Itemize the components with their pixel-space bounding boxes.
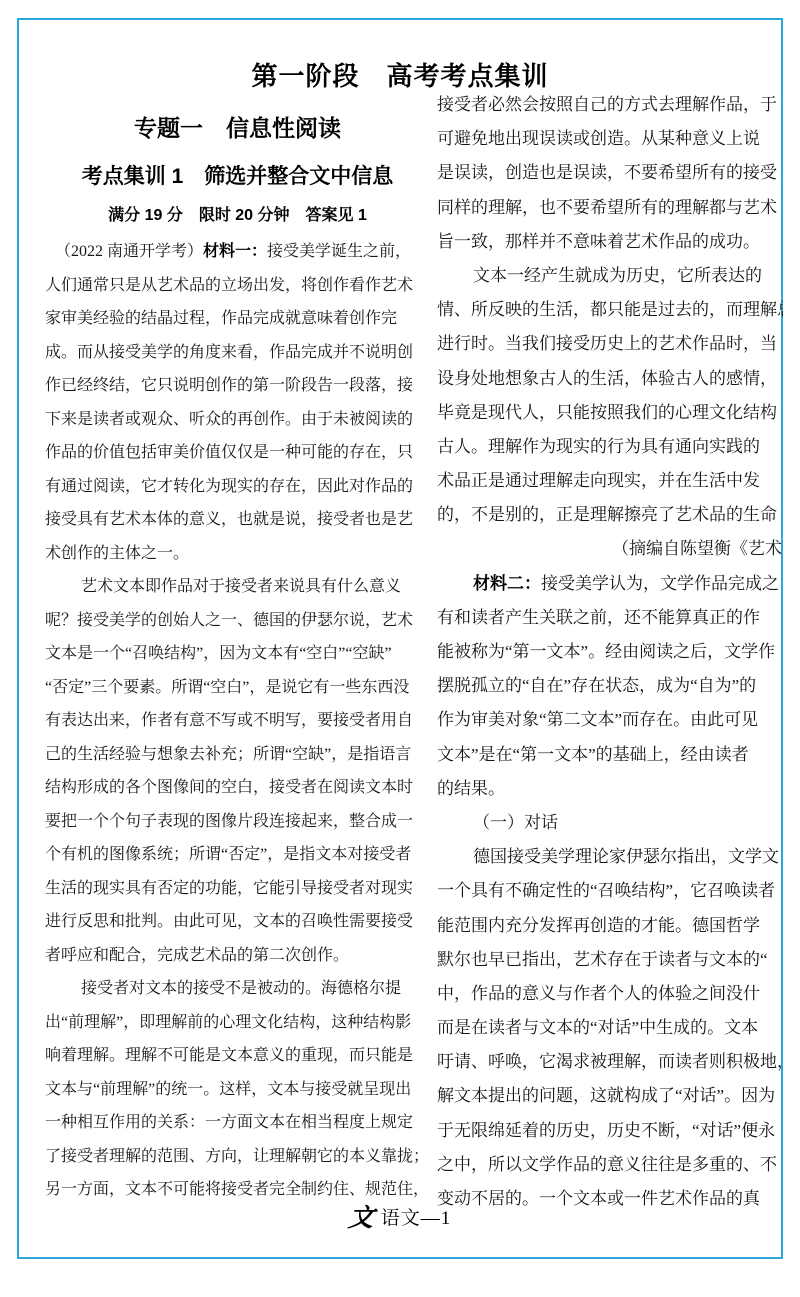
text-line: 文本一经产生就成为历史，它所表达的: [437, 259, 783, 293]
text-line: 同样的理解，也不要希望所有的理解都与艺术: [437, 191, 783, 225]
text-line: （一）对话: [437, 806, 783, 840]
text-line: 默尔也早已指出，艺术存在于读者与文本的“: [437, 943, 783, 977]
text-line: 有表达出来，作者有意不写或不明写，要接受者用自: [45, 704, 430, 738]
text-line: 术创作的主体之一。: [45, 537, 430, 571]
text-line: 出“前理解”，即理解前的心理文化结构，这种结构影: [45, 1006, 430, 1040]
text-line: 一个具有不确定性的“召唤结构”，它召唤读者: [437, 874, 783, 908]
topic-title: 专题一 信息性阅读: [45, 110, 430, 143]
text-line: 设身处地想象古人的生活，体验古人的感情，: [437, 362, 783, 396]
right-text-column: 接受者必然会按照自己的方式去理解作品，于可避免地出现误读或创造。从某种意义上说是…: [437, 88, 783, 1219]
text-line: 家审美经验的结晶过程，作品完成就意味着创作完: [45, 302, 430, 336]
text-line: 文本与“前理解”的统一。这样，文本与接受就呈现出: [45, 1073, 430, 1107]
text-line: 一种相互作用的关系：一方面文本在相当程度上规定: [45, 1106, 430, 1140]
text-line: 解文本提出的问题，这就构成了“对话”。因为: [437, 1079, 783, 1113]
text-line: 接受者必然会按照自己的方式去理解作品，于: [437, 88, 783, 122]
left-text-column: （2022 南通开学考）材料一：接受美学诞生之前，人们通常只是从艺术品的立场出发…: [45, 235, 430, 1210]
text-line: 德国接受美学理论家伊瑟尔指出，文学文: [437, 840, 783, 874]
text-line: 情、所反映的生活，都只能是过去的，而理解总: [437, 293, 783, 327]
text-line: 摆脱孤立的“自在”存在状态，成为“自为”的: [437, 669, 783, 703]
text-line: 接受具有艺术本体的意义，也就是说，接受者也是艺: [45, 503, 430, 537]
text-line: 于无限绵延着的历史，历史不断，“对话”便永: [437, 1114, 783, 1148]
text-line: 了接受者理解的范围、方向，让理解朝它的本义靠拢；: [45, 1140, 430, 1174]
text-line: 成。而从接受美学的角度来看，作品完成并不说明创: [45, 336, 430, 370]
text-line: 的结果。: [437, 772, 783, 806]
text-line: 材料二：接受美学认为，文学作品完成之: [437, 567, 783, 601]
text-line: （摘编自陈望衡《艺术是: [437, 532, 783, 566]
text-line: 能被称为“第一文本”。经由阅读之后，文学作: [437, 635, 783, 669]
text-line: “否定”三个要素。所谓“空白”，是说它有一些东西没: [45, 671, 430, 705]
subject-logo-icon: 文: [346, 1198, 376, 1234]
text-line: 是误读，创造也是误读，不要希望所有的接受: [437, 156, 783, 190]
text-line: 的，不是别的，正是理解擦亮了艺术品的生命: [437, 498, 783, 532]
text-line: 文本”是在“第一文本”的基础上，经由读者: [437, 738, 783, 772]
text-line: 而是在读者与文本的“对话”中生成的。文本: [437, 1011, 783, 1045]
text-line: 作已经终结，它只说明创作的第一阶段告一段落，接: [45, 369, 430, 403]
text-line: 要把一个个句子表现的图像片段连接起来，整合成一: [45, 805, 430, 839]
bold-label: 材料一：: [203, 243, 267, 260]
text-segment: 接受美学认为，文学作品完成之: [541, 574, 779, 593]
text-line: 吁请、呼唤，它渴求被理解，而读者则积极地，: [437, 1045, 783, 1079]
text-line: （2022 南通开学考）材料一：接受美学诞生之前，: [45, 235, 430, 269]
text-line: 进行反思和批判。由此可见，文本的召唤性需要接受: [45, 905, 430, 939]
text-line: 生活的现实具有否定的功能，它能引导接受者对现实: [45, 872, 430, 906]
text-line: 接受者对文本的接受不是被动的。海德格尔提: [45, 972, 430, 1006]
text-line: 艺术文本即作品对于接受者来说具有什么意义: [45, 570, 430, 604]
text-line: 有和读者产生关联之前，还不能算真正的作: [437, 601, 783, 635]
text-line: 人们通常只是从艺术品的立场出发，将创作看作艺术: [45, 269, 430, 303]
text-line: 文本是一个“召唤结构”，因为文本有“空白”“空缺”: [45, 637, 430, 671]
text-line: 能范围内充分发挥再创造的才能。德国哲学: [437, 909, 783, 943]
page-footer: 文语文—1: [0, 1198, 800, 1234]
section-title: 考点集训 1 筛选并整合文中信息: [45, 160, 430, 190]
text-line: 进行时。当我们接受历史上的艺术作品时，当: [437, 327, 783, 361]
text-line: 可避免地出现误读或创造。从某种意义上说: [437, 122, 783, 156]
bold-label: 材料二：: [473, 574, 541, 593]
text-line: 古人。理解作为现实的行为具有通向实践的: [437, 430, 783, 464]
text-line: 响着理解。理解不可能是文本意义的重现，而只能是: [45, 1039, 430, 1073]
text-segment: 接受美学诞生之前，: [267, 243, 411, 260]
text-line: 己的生活经验与想象去补充；所谓“空缺”，是指语言: [45, 738, 430, 772]
text-line: 作为审美对象“第二文本”而存在。由此可见: [437, 703, 783, 737]
text-line: 中，作品的意义与作者个人的体验之间没什: [437, 977, 783, 1011]
text-line: 术品正是通过理解走向现实，并在生活中发: [437, 464, 783, 498]
score-time-answer-meta: 满分 19 分 限时 20 分钟 答案见 1: [45, 202, 430, 225]
text-line: 呢？接受美学的创始人之一、德国的伊瑟尔说，艺术: [45, 604, 430, 638]
text-segment: （2022 南通开学考）: [55, 243, 203, 260]
text-line: 结构形成的各个图像间的空白，接受者在阅读文本时: [45, 771, 430, 805]
text-line: 个有机的图像系统；所谓“否定”，是指文本对接受者: [45, 838, 430, 872]
text-line: 者呼应和配合，完成艺术品的第二次创作。: [45, 939, 430, 973]
text-line: 毕竟是现代人，只能按照我们的心理文化结构: [437, 396, 783, 430]
footer-page-label: 语文—1: [381, 1208, 452, 1229]
text-line: 之中，所以文学作品的意义往往是多重的、不: [437, 1148, 783, 1182]
text-line: 下来是读者或观众、听众的再创作。由于未被阅读的: [45, 403, 430, 437]
text-line: 有通过阅读，它才转化为现实的存在，因此对作品的: [45, 470, 430, 504]
text-line: 旨一致，那样并不意味着艺术作品的成功。: [437, 225, 783, 259]
text-line: 作品的价值包括审美价值仅仅是一种可能的存在，只: [45, 436, 430, 470]
